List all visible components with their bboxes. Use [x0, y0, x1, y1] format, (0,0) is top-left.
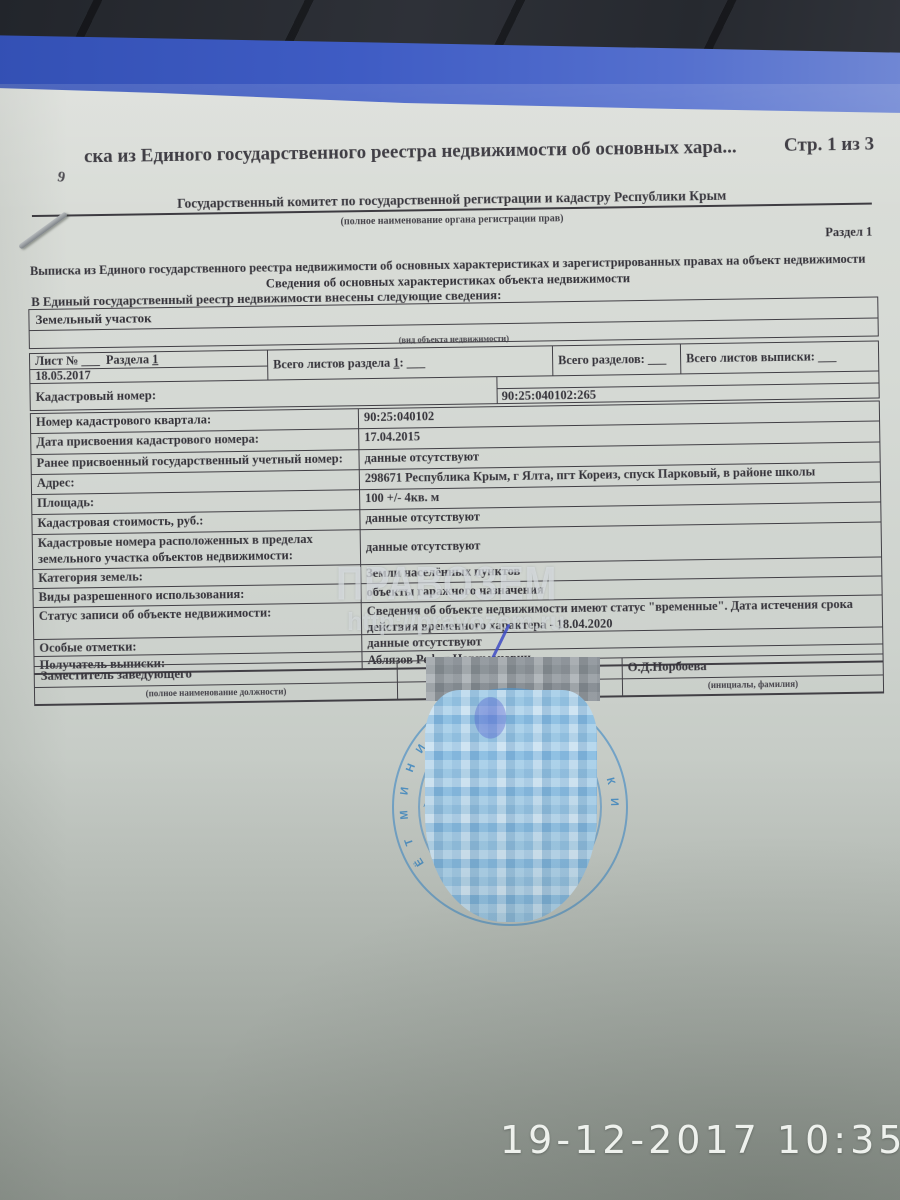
stray-character: 9 [56, 169, 67, 187]
name-caption: (инициалы, фамилия) [623, 675, 883, 695]
total-sheets-cell: Всего листов раздела 1 : ___ [268, 346, 553, 379]
total-extract-sheets-cell: Всего листов выписки: ___ [681, 341, 878, 373]
sheet-number-cell: Лист № ___ Раздела 1 18.05.2017 [30, 351, 268, 384]
razdel-label: Раздела [106, 352, 149, 367]
sheet-info-table: Лист № ___ Раздела 1 18.05.2017 Всего ли… [29, 340, 880, 411]
list-blank: ___ [81, 353, 100, 367]
stamp-blur-censor [425, 690, 597, 922]
watermark-url: http://pravozem.ru [347, 608, 565, 637]
cadastral-number-label: Кадастровый номер: [30, 377, 497, 411]
total-sections-cell: Всего разделов: ___ [553, 344, 681, 375]
print-header-title: ска из Единого государственного реестра … [84, 137, 737, 169]
list-label: Лист № [35, 353, 78, 368]
print-header-page-number: Стр. 1 из 3 [784, 134, 875, 157]
stamp-ring-letter: М [398, 810, 411, 820]
photo-scene: ска из Единого государственного реестра … [0, 0, 900, 1200]
signer-name: О.Д.Норбоева [623, 654, 883, 678]
stamp-ring-letter: И [398, 786, 411, 795]
stamp-ring-letter: И [608, 798, 620, 806]
camera-timestamp: 19-12-2017 10:35 [500, 1118, 880, 1162]
watermark-text: ПРАВОЗЕМ [336, 558, 557, 611]
cadastral-number-cell: 90:25:040102:265 [497, 371, 878, 404]
razdel-value: 1 [152, 352, 158, 366]
round-stamp: М И Н И С К И Ё Т ТВЕННЫЙ КОМИ [392, 688, 628, 926]
